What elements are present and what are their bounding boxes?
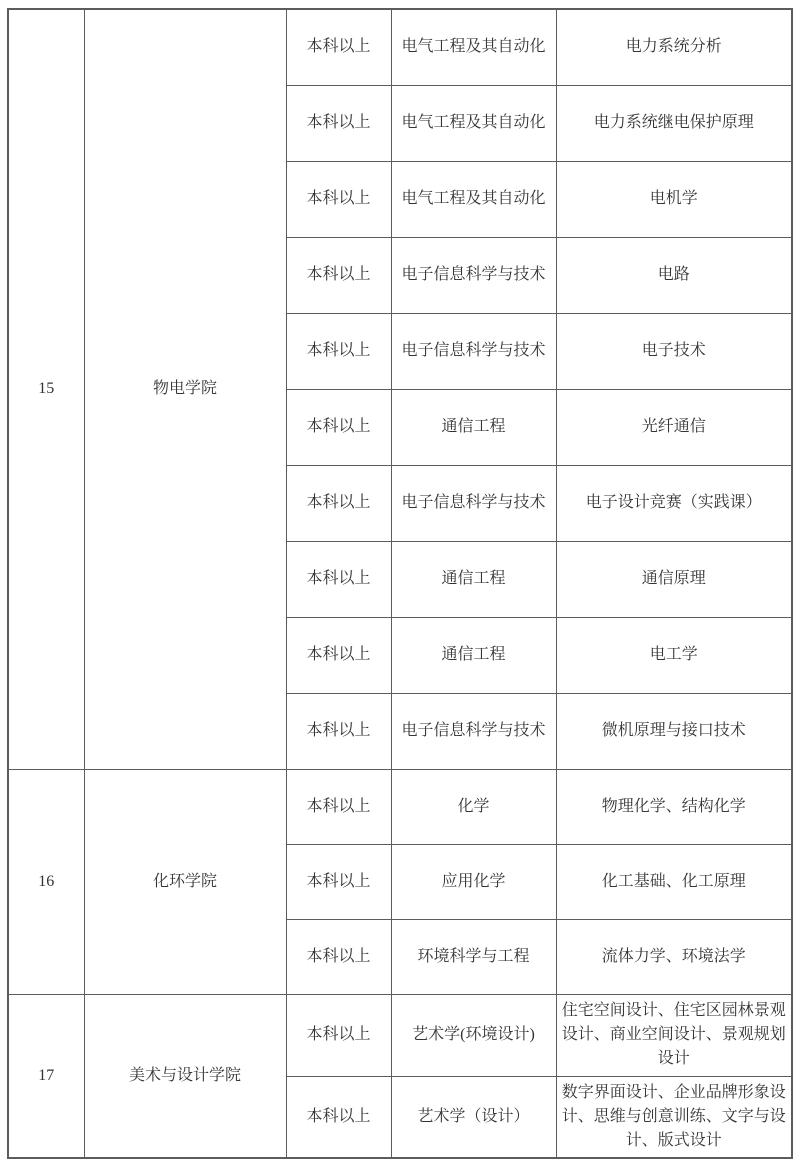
row-number-cell: 15 <box>8 9 84 769</box>
degree-cell: 本科以上 <box>286 465 391 541</box>
course-cell: 电路 <box>556 237 792 313</box>
degree-cell: 本科以上 <box>286 693 391 769</box>
course-cell: 物理化学、结构化学 <box>556 769 792 844</box>
course-cell: 光纤通信 <box>556 389 792 465</box>
major-cell: 电气工程及其自动化 <box>391 9 556 85</box>
college-cell: 物电学院 <box>84 9 286 769</box>
major-cell: 电气工程及其自动化 <box>391 85 556 161</box>
document-page: 15 物电学院 本科以上 电气工程及其自动化 电力系统分析 本科以上 电气工程及… <box>0 0 799 1166</box>
table-row: 16 化环学院 本科以上 化学 物理化学、结构化学 <box>8 769 792 844</box>
course-cell: 电力系统分析 <box>556 9 792 85</box>
degree-cell: 本科以上 <box>286 85 391 161</box>
course-cell: 住宅空间设计、住宅区园林景观设计、商业空间设计、景观规划设计 <box>556 994 792 1076</box>
major-cell: 通信工程 <box>391 541 556 617</box>
major-cell: 环境科学与工程 <box>391 919 556 994</box>
major-cell: 电子信息科学与技术 <box>391 313 556 389</box>
major-cell: 通信工程 <box>391 617 556 693</box>
course-cell: 电力系统继电保护原理 <box>556 85 792 161</box>
row-number-cell: 17 <box>8 994 84 1158</box>
degree-cell: 本科以上 <box>286 9 391 85</box>
table-row: 17 美术与设计学院 本科以上 艺术学(环境设计) 住宅空间设计、住宅区园林景观… <box>8 994 792 1076</box>
major-cell: 电子信息科学与技术 <box>391 237 556 313</box>
degree-cell: 本科以上 <box>286 919 391 994</box>
major-cell: 电气工程及其自动化 <box>391 161 556 237</box>
degree-cell: 本科以上 <box>286 994 391 1076</box>
major-cell: 电子信息科学与技术 <box>391 693 556 769</box>
course-cell: 数字界面设计、企业品牌形象设计、思维与创意训练、文字与设计、版式设计 <box>556 1076 792 1158</box>
college-cell: 美术与设计学院 <box>84 994 286 1158</box>
major-cell: 电子信息科学与技术 <box>391 465 556 541</box>
degree-cell: 本科以上 <box>286 769 391 844</box>
degree-cell: 本科以上 <box>286 313 391 389</box>
row-number-cell: 16 <box>8 769 84 994</box>
degree-cell: 本科以上 <box>286 617 391 693</box>
degree-cell: 本科以上 <box>286 541 391 617</box>
table-row: 15 物电学院 本科以上 电气工程及其自动化 电力系统分析 <box>8 9 792 85</box>
major-cell: 艺术学(环境设计) <box>391 994 556 1076</box>
degree-cell: 本科以上 <box>286 389 391 465</box>
degree-cell: 本科以上 <box>286 844 391 919</box>
major-cell: 艺术学（设计） <box>391 1076 556 1158</box>
degree-cell: 本科以上 <box>286 161 391 237</box>
college-cell: 化环学院 <box>84 769 286 994</box>
major-cell: 化学 <box>391 769 556 844</box>
course-cell: 微机原理与接口技术 <box>556 693 792 769</box>
major-cell: 应用化学 <box>391 844 556 919</box>
course-cell: 通信原理 <box>556 541 792 617</box>
course-cell: 电子技术 <box>556 313 792 389</box>
course-cell: 化工基础、化工原理 <box>556 844 792 919</box>
course-cell: 电工学 <box>556 617 792 693</box>
major-cell: 通信工程 <box>391 389 556 465</box>
degree-cell: 本科以上 <box>286 237 391 313</box>
course-cell: 电子设计竞赛（实践课） <box>556 465 792 541</box>
course-cell: 电机学 <box>556 161 792 237</box>
degree-cell: 本科以上 <box>286 1076 391 1158</box>
course-cell: 流体力学、环境法学 <box>556 919 792 994</box>
college-course-table: 15 物电学院 本科以上 电气工程及其自动化 电力系统分析 本科以上 电气工程及… <box>7 8 793 1159</box>
